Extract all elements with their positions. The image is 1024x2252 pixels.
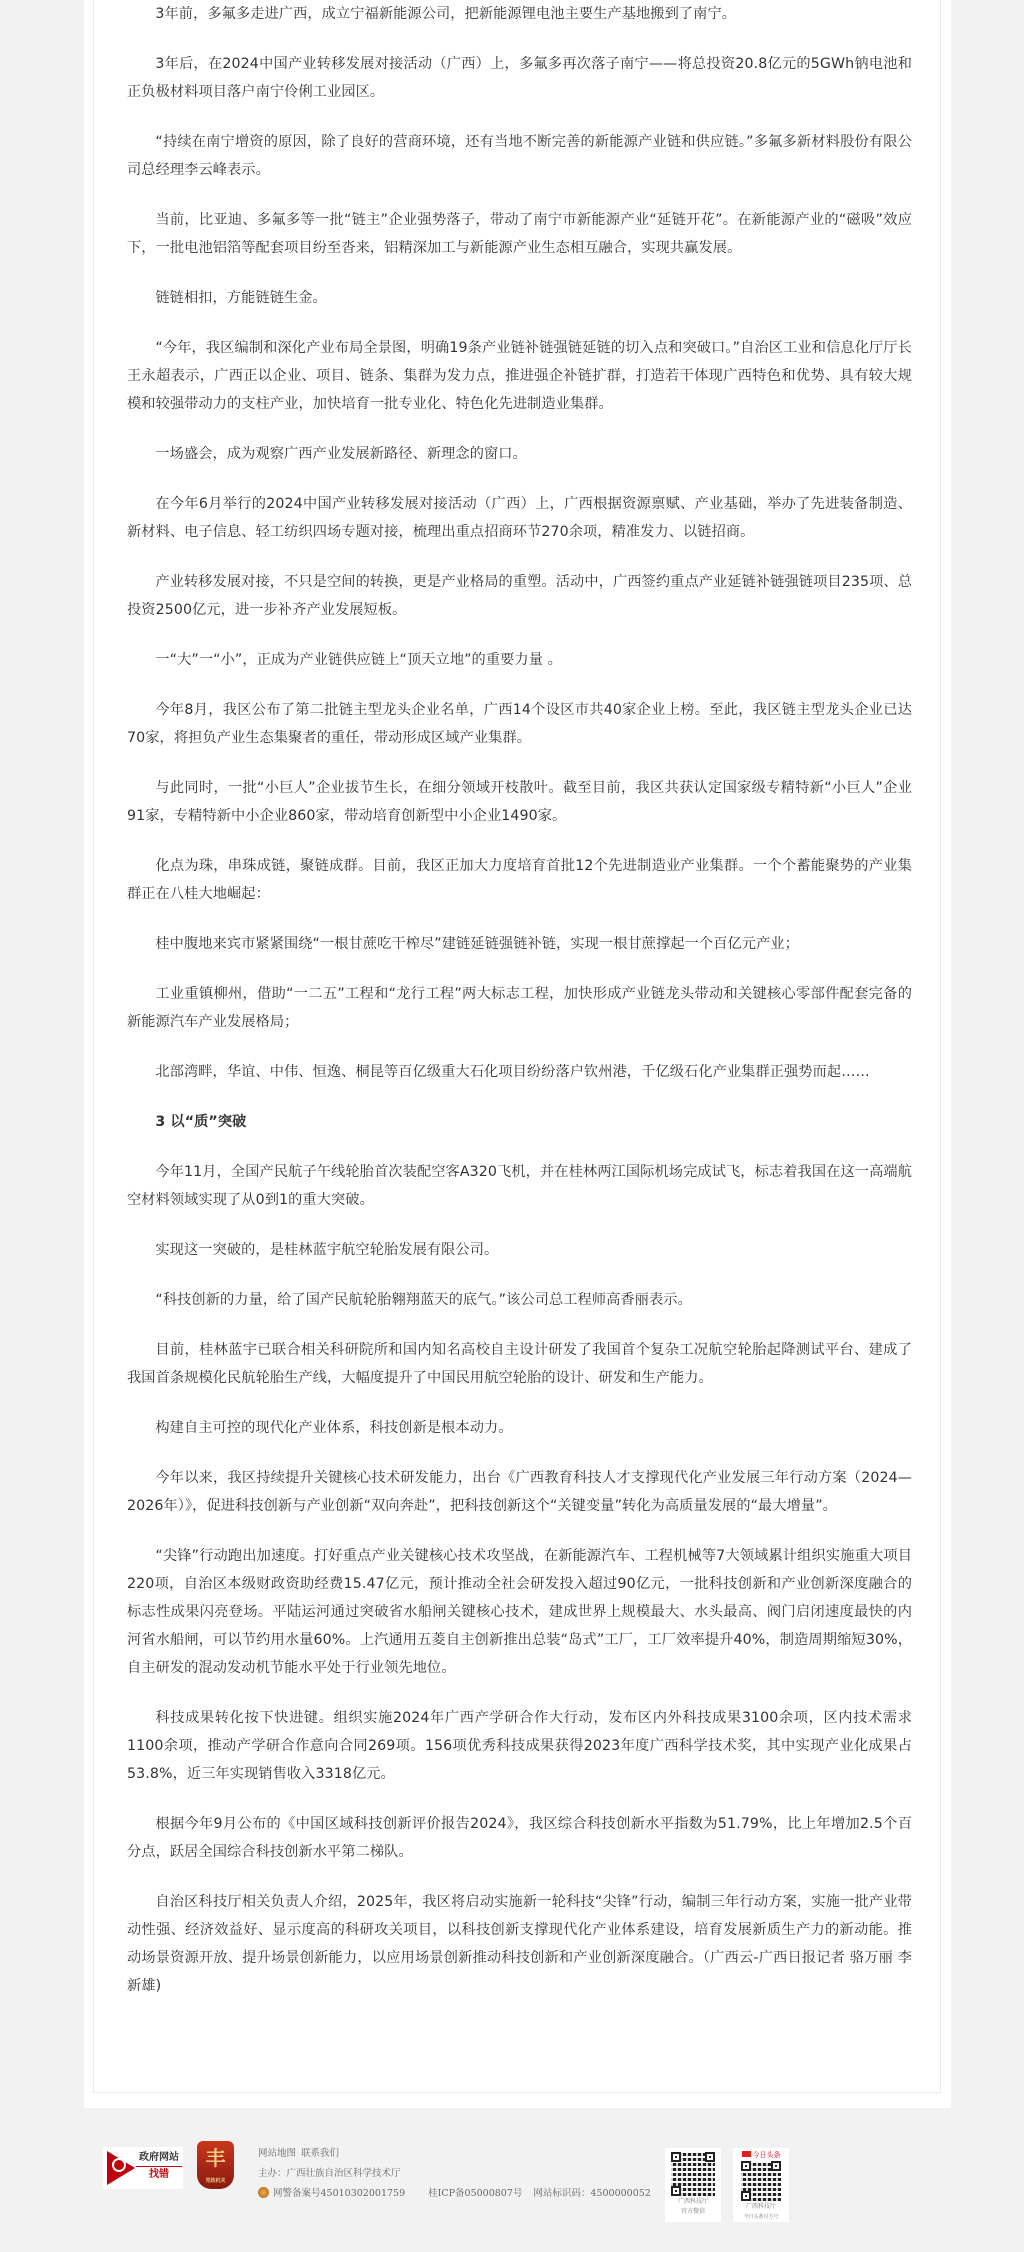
article-body: 3年前，多氟多走进广西，成立宁福新能源公司，把新能源锂电池主要生产基地搬到了南宁…	[127, 0, 912, 2022]
article-paragraph: “持续在南宁增资的原因，除了良好的营商环境，还有当地不断完善的新能源产业链和供应…	[127, 128, 912, 184]
article-paragraph: 目前，桂林蓝宇已联合相关科研院所和国内知名高校自主设计研发了我国首个复杂工况航空…	[127, 1336, 912, 1392]
article-paragraph: “尖锋”行动跑出加速度。打好重点产业关键核心技术攻坚战，在新能源汽车、工程机械等…	[127, 1542, 912, 1682]
article-paragraph: 构建自主可控的现代化产业体系，科技创新是根本动力。	[127, 1414, 912, 1442]
toutiao-logo-icon	[742, 2151, 751, 2157]
contact-us-link[interactable]: 联系我们	[301, 2148, 339, 2159]
article-paragraph: 3年后，在2024中国产业转移发展对接活动（广西）上，多氟多再次落子南宁——将总…	[127, 50, 912, 106]
qr-code-image	[671, 2152, 715, 2196]
party-gov-agency-emblem[interactable]: 丰 党政机关	[197, 2141, 234, 2189]
gov-logo-line2: 找错	[136, 2168, 182, 2182]
toutiao-qr-code: 今日头条 广西科技厅 今日头条官方号	[733, 2148, 789, 2222]
police-record-link[interactable]: 网警备案号45010302001759	[273, 2188, 405, 2199]
qr-caption-1: 广西科技厅	[733, 2203, 789, 2211]
article-paragraph: 链链相扣，方能链链生金。	[127, 284, 912, 312]
footer-info: 网站地图联系我们 主办：广西壮族自治区科学技术厅 网警备案号4501030200…	[258, 2144, 651, 2204]
article-paragraph: 当前，比亚迪、多氟多等一批“链主”企业强势落子，带动了南宁市新能源产业“延链开花…	[127, 206, 912, 262]
sitemap-link[interactable]: 网站地图	[258, 2148, 296, 2159]
emblem-glyph: 丰	[206, 2146, 226, 2170]
emblem-label: 党政机关	[197, 2178, 234, 2184]
wechat-qr-code: 广西科技厅 官方微信	[665, 2148, 721, 2222]
footer-links: 网站地图联系我们	[258, 2144, 651, 2164]
gov-logo-line1: 政府网站	[136, 2151, 182, 2165]
article-paragraph: 自治区科技厅相关负责人介绍，2025年，我区将启动实施新一轮科技“尖锋”行动，编…	[127, 1888, 912, 2000]
qr-caption-2: 今日头条官方号	[733, 2213, 789, 2221]
article-container: 3年前，多氟多走进广西，成立宁福新能源公司，把新能源锂电池主要生产基地搬到了南宁…	[93, 0, 941, 2093]
article-paragraph: “科技创新的力量，给了国产民航轮胎翱翔蓝天的底气。”该公司总工程师高香丽表示。	[127, 1286, 912, 1314]
article-paragraph: 今年11月，全国产民航子午线轮胎首次装配空客A320飞机，并在桂林两江国际机场完…	[127, 1158, 912, 1214]
article-paragraph: 今年以来，我区持续提升关键核心技术研发能力，出台《广西教育科技人才支撑现代化产业…	[127, 1464, 912, 1520]
article-paragraph: 一场盛会，成为观察广西产业发展新路径、新理念的窗口。	[127, 440, 912, 468]
qr-caption-1: 广西科技厅	[665, 2198, 721, 2206]
qr-code-image	[741, 2161, 781, 2201]
article-paragraph: 与此同时，一批“小巨人”企业拔节生长，在细分领域开枝散叶。截至目前，我区共获认定…	[127, 774, 912, 830]
site-footer: 政府网站 找错 丰 党政机关 网站地图联系我们 主办：广西壮族自治区科学技术厅 …	[0, 2108, 1024, 2252]
footer-records: 网警备案号45010302001759桂ICP备05000807号网站标识码：4…	[258, 2184, 651, 2204]
qr-caption-2: 官方微信	[665, 2208, 721, 2216]
article-paragraph: 工业重镇柳州，借助“一二五”工程和“龙行工程”两大标志工程，加快形成产业链龙头带…	[127, 980, 912, 1036]
site-code: 网站标识码：4500000052	[533, 2188, 650, 2199]
article-paragraph: 在今年6月举行的2024中国产业转移发展对接活动（广西）上，广西根据资源禀赋、产…	[127, 490, 912, 546]
icp-record-link[interactable]: 桂ICP备05000807号	[428, 2188, 522, 2199]
toutiao-brand: 今日头条	[733, 2150, 789, 2160]
footer-host: 主办：广西壮族自治区科学技术厅	[258, 2164, 651, 2184]
article-paragraph: 实现这一突破的，是桂林蓝宇航空轮胎发展有限公司。	[127, 1236, 912, 1264]
article-paragraph: 北部湾畔，华谊、中伟、恒逸、桐昆等百亿级重大石化项目纷纷落户钦州港，千亿级石化产…	[127, 1058, 912, 1086]
article-paragraph: “今年，我区编制和深化产业布局全景图，明确19条产业链补链强链延链的切入点和突破…	[127, 334, 912, 418]
police-badge-icon	[258, 2187, 269, 2198]
gov-site-error-report-logo[interactable]: 政府网站 找错	[103, 2147, 183, 2189]
article-paragraph: 桂中腹地来宾市紧紧围绕“一根甘蔗吃干榨尽”建链延链强链补链，实现一根甘蔗撑起一个…	[127, 930, 912, 958]
article-paragraph: 产业转移发展对接，不只是空间的转换，更是产业格局的重塑。活动中，广西签约重点产业…	[127, 568, 912, 624]
article-paragraph: 根据今年9月公布的《中国区域科技创新评价报告2024》，我区综合科技创新水平指数…	[127, 1810, 912, 1866]
magnifier-icon	[112, 2158, 126, 2172]
content-wrapper: 3年前，多氟多走进广西，成立宁福新能源公司，把新能源锂电池主要生产基地搬到了南宁…	[84, 0, 951, 2108]
article-paragraph: 科技成果转化按下快进键。组织实施2024年广西产学研合作大行动，发布区内外科技成…	[127, 1704, 912, 1788]
article-paragraph: 化点为珠，串珠成链，聚链成群。目前，我区正加大力度培育首批12个先进制造业产业集…	[127, 852, 912, 908]
article-paragraph: 今年8月，我区公布了第二批链主型龙头企业名单，广西14个设区市共40家企业上榜。…	[127, 696, 912, 752]
section-heading: 3 以“质”突破	[127, 1108, 912, 1136]
article-paragraph: 一“大”一“小”，正成为产业链供应链上“顶天立地”的重要力量 。	[127, 646, 912, 674]
article-paragraph: 3年前，多氟多走进广西，成立宁福新能源公司，把新能源锂电池主要生产基地搬到了南宁…	[127, 0, 912, 28]
